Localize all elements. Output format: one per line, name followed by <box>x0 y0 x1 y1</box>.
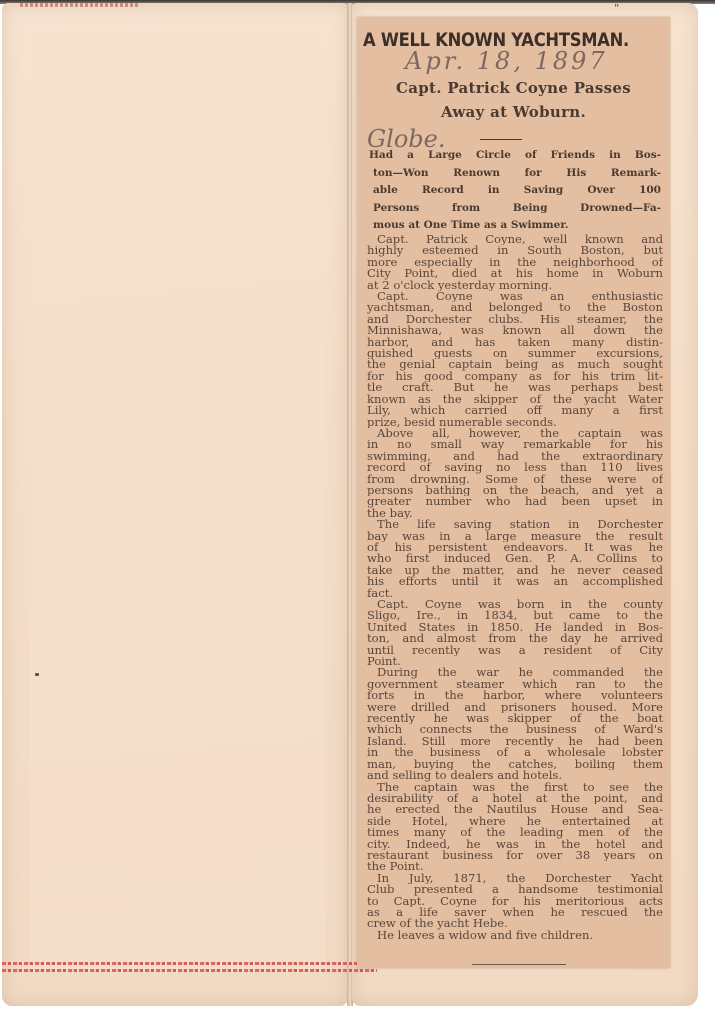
article-line: and Dorchester clubs. His steamer, the <box>367 314 663 325</box>
article-line: side Hotel, where he entertained at <box>367 816 663 827</box>
red-margin-mark: " <box>614 4 619 14</box>
article-line: were drilled and prisoners housed. More <box>367 702 663 713</box>
article-line: which connects the business of Ward's <box>367 724 663 735</box>
article-line: The captain was the first to see the <box>367 782 663 793</box>
article-paragraph: Capt. Patrick Coyne, well known andhighl… <box>367 234 663 291</box>
article-line: During the war he commanded the <box>367 667 663 678</box>
article-line: United States in 1850. He landed in Bos- <box>367 622 663 633</box>
article-line: harbor, and has taken many distin- <box>367 337 663 348</box>
article-line: times many of the leading men of the <box>367 827 663 838</box>
article-line: who first induced Gen. P. A. Collins to <box>367 553 663 564</box>
red-stitch-border <box>2 960 377 974</box>
article-line: ton, and almost from the day he arrived <box>367 633 663 644</box>
article-line: in the business of a wholesale lobster <box>367 747 663 758</box>
article-line: man, buying the catches, boiling them <box>367 759 663 770</box>
article-line: tle craft. But he was perhaps best <box>367 382 663 393</box>
deck-line: mous at One Time as a Swimmer. <box>369 217 661 235</box>
article-line: bay was in a large measure the result <box>367 531 663 542</box>
article-line: and selling to dealers and hotels. <box>367 770 663 781</box>
article-line: take up the matter, and he never ceased <box>367 565 663 576</box>
article-line: restaurant business for over 38 years on <box>367 850 663 861</box>
article-line: city. Indeed, he was in the hotel and <box>367 839 663 850</box>
article-body: Capt. Patrick Coyne, well known andhighl… <box>367 234 663 941</box>
deck-line: able Record in Saving Over 100 <box>369 182 661 200</box>
article-line: the bay. <box>367 508 663 519</box>
top-edge-red-scribble <box>20 3 140 7</box>
subheadline-line: Away at Woburn. <box>357 103 670 121</box>
article-line: Capt. Coyne was an enthusiastic <box>367 291 663 302</box>
article-line: he erected the Nautilus House and Sea- <box>367 804 663 815</box>
article-line: Club presented a handsome testimonial <box>367 884 663 895</box>
article-line: crew of the yacht Hebe. <box>367 918 663 929</box>
article-paragraph: Above all, however, the captain wasin no… <box>367 428 663 519</box>
article-line: Minnishawa, was known all down the <box>367 325 663 336</box>
article-line: the genial captain being as much sought <box>367 359 663 370</box>
article-paragraph: The life saving station in Dorchesterbay… <box>367 519 663 599</box>
article-line: known as the skipper of the yacht Water <box>367 394 663 405</box>
article-line: Capt. Patrick Coyne, well known and <box>367 234 663 245</box>
article-line: to Capt. Coyne for his meritorious acts <box>367 896 663 907</box>
article-paragraph: Capt. Coyne was an enthusiasticyachtsman… <box>367 291 663 428</box>
article-line: Point. <box>367 656 663 667</box>
article-line: in no small way remarkable for his <box>367 439 663 450</box>
article-line: Sligo, Ire., in 1834, but came to the <box>367 610 663 621</box>
article-paragraph: He leaves a widow and five children. <box>367 930 663 941</box>
article-paragraph: In July, 1871, the Dorchester YachtClub … <box>367 873 663 930</box>
article-line: recently he was skipper of the boat <box>367 713 663 724</box>
article-line: as a life saver when he rescued the <box>367 907 663 918</box>
article-line: guished guests on summer excursions, <box>367 348 663 359</box>
article-line: forts in the harbor, where volunteers <box>367 690 663 701</box>
article-line: from drowning. Some of these were of <box>367 474 663 485</box>
article-line: Capt. Coyne was born in the county <box>367 599 663 610</box>
article-line: his efforts until it was an accomplished <box>367 576 663 587</box>
article-line: at 2 o'clock yesterday morning. <box>367 280 663 291</box>
article-line: prize, besid numerable seconds. <box>367 417 663 428</box>
article-line: desirability of a hotel at the point, an… <box>367 793 663 804</box>
headline-rule <box>480 139 522 140</box>
deck-summary: Had a Large Circle of Friends in Bos- to… <box>369 147 661 235</box>
article-line: He leaves a widow and five children. <box>367 930 663 941</box>
scrapbook-left-page <box>2 3 348 1006</box>
article-line: Island. Still more recently he had been <box>367 736 663 747</box>
article-line: the Point. <box>367 861 663 872</box>
article-line: yachtsman, and belonged to the Boston <box>367 302 663 313</box>
article-paragraph: The captain was the first to see thedesi… <box>367 782 663 873</box>
article-line: City Point, died at his home in Woburn <box>367 268 663 279</box>
red-stitch-line <box>2 962 377 965</box>
article-line: greater number who had been upset in <box>367 496 663 507</box>
handwritten-date: Apr. 18, 1897 <box>405 47 608 75</box>
deck-line: ton—Won Renown for His Remark- <box>369 165 661 183</box>
article-line: fact. <box>367 588 663 599</box>
left-page-ink-spot <box>35 673 39 676</box>
article-line: persons bathing on the beach, and yet a <box>367 485 663 496</box>
article-line: highly esteemed in South Boston, but <box>367 245 663 256</box>
article-line: for his good company as for his trim lit… <box>367 371 663 382</box>
article-line: The life saving station in Dorchester <box>367 519 663 530</box>
newspaper-clipping: A WELL KNOWN YACHTSMAN. Apr. 18, 1897 Ca… <box>357 17 670 968</box>
article-line: of his persistent endeavors. It was he <box>367 542 663 553</box>
article-line: record of saving no less than 110 lives <box>367 462 663 473</box>
article-line: swimming, and had the extraordinary <box>367 451 663 462</box>
article-line: Lily, which carried off many a first <box>367 405 663 416</box>
article-line: government steamer which ran to the <box>367 679 663 690</box>
article-line: Above all, however, the captain was <box>367 428 663 439</box>
article-line: more especially in the neighborhood of <box>367 257 663 268</box>
left-page-faded-area <box>30 33 325 973</box>
end-rule <box>472 964 566 965</box>
deck-line: Persons from Being Drowned—Fa- <box>369 200 661 218</box>
article-line: In July, 1871, the Dorchester Yacht <box>367 873 663 884</box>
article-paragraph: Capt. Coyne was born in the countySligo,… <box>367 599 663 667</box>
subheadline-line: Capt. Patrick Coyne Passes <box>357 79 670 97</box>
article-line: until recently was a resident of City <box>367 645 663 656</box>
red-stitch-line <box>2 969 377 972</box>
article-paragraph: During the war he commanded thegovernmen… <box>367 667 663 781</box>
deck-line: Had a Large Circle of Friends in Bos- <box>369 147 661 165</box>
